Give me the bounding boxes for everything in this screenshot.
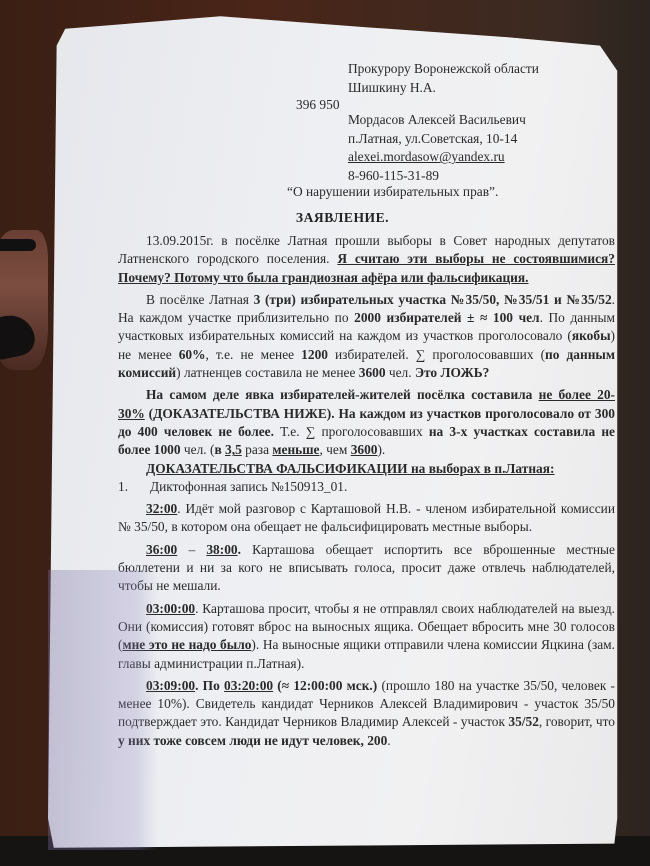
text-run: 1200 [301,347,328,362]
text-run: В посёлке Латная [146,292,254,307]
text-run: Это ЛОЖЬ? [415,365,489,380]
text-run: 38:00 [206,542,237,557]
sandal-strap [0,239,36,251]
text-run: якобы [572,328,611,343]
document-title: ЗАЯВЛЕНИЕ. [0,210,650,226]
recipient-line: Шишкину Н.А. [348,79,608,98]
text-run: 3600 [351,442,378,457]
evidence-entry: 36:00 – 38:00. Карташова обещает испорти… [118,541,615,596]
list-number: 1. [118,478,150,496]
sandal-in-background [0,235,42,370]
text-run: ) латненцев составила не менее [176,365,359,380]
text-run: 3600 [359,365,386,380]
evidence-entry: 03:09:00. По 03:20:00 (≈ 12:00:00 мск.) … [118,677,615,750]
text-run: . [387,733,390,748]
text-run: . По [195,678,224,693]
text-run: . Идёт мой разговор с Карташовой Н.В. - … [118,501,615,534]
text-run: 35/52 [508,714,539,729]
text-run: (≈ 12:00:00 мск.) [273,678,377,693]
list-item: 1.Диктофонная запись №150913_01. [118,478,615,496]
text-run: мне это не надо было [122,637,251,652]
text-run: 36:00 [146,542,177,557]
text-run: 32:00 [146,501,177,516]
text-run: избирателей. ∑ проголосовавших ( [328,347,545,362]
evidence-heading: ДОКАЗАТЕЛЬСТВА ФАЛЬСИФИКАЦИИ на выборах … [118,460,615,478]
text-run: ДОКАЗАТЕЛЬСТВА ФАЛЬСИФИКАЦИИ [146,461,408,476]
text-run: 3 (три) избирательных участка №35/50, №3… [254,292,612,307]
text-run: , чем [319,442,350,457]
text-run: , говорит, что [539,714,615,729]
paragraph: 13.09.2015г. в посёлке Латная прошли выб… [118,232,615,287]
sender-postcode: 396 950 [296,97,340,113]
text-run: чел. ( [181,442,215,457]
text-run: На самом деле явка избирателей-жителей п… [146,387,539,402]
sender-name: Мордасов Алексей Васильевич [348,111,608,130]
sender-address: п.Латная, ул.Советская, 10-14 [348,130,608,149]
text-run: на выборах в п.Латная: [408,461,555,476]
list-text: Диктофонная запись №150913_01. [150,479,347,494]
text-run: – [177,542,206,557]
evidence-entry: 32:00. Идёт мой разговор с Карташовой Н.… [118,500,615,537]
text-run: меньше [272,442,319,457]
sender-email[interactable]: alexei.mordasow@yandex.ru [348,148,608,167]
text-run: раза [242,442,273,457]
text-run: 03:20:00 [224,678,273,693]
evidence-entry: 03:00:00. Карташова просит, чтобы я не о… [118,600,615,673]
text-run: 2000 избирателей ± ≈ 100 чел [354,310,539,325]
text-run: чел. [386,365,415,380]
paragraph: В посёлке Латная 3 (три) избирательных у… [118,291,615,382]
subject-line: “О нарушении избирательных прав”. [287,184,498,200]
text-run: 03:09:00 [146,678,195,693]
text-run: Т.е. ∑ проголосовавших [274,424,429,439]
text-run: в [214,442,225,457]
addressee-block: Прокурору Воронежской области Шишкину Н.… [348,60,608,186]
document-body: 13.09.2015г. в посёлке Латная прошли выб… [118,232,615,754]
text-run: 3,5 [225,442,242,457]
paragraph: На самом деле явка избирателей-жителей п… [118,386,615,459]
text-run: у них тоже совсем люди не идут человек, … [118,733,387,748]
text-run: 60% [179,347,206,362]
sender-phone: 8-960-115-31-89 [348,167,608,186]
text-run: ). [377,442,385,457]
text-run: , т.е. не менее [206,347,302,362]
recipient-line: Прокурору Воронежской области [348,60,608,79]
sandal-strap [0,311,38,361]
text-run: 03:00:00 [146,601,195,616]
